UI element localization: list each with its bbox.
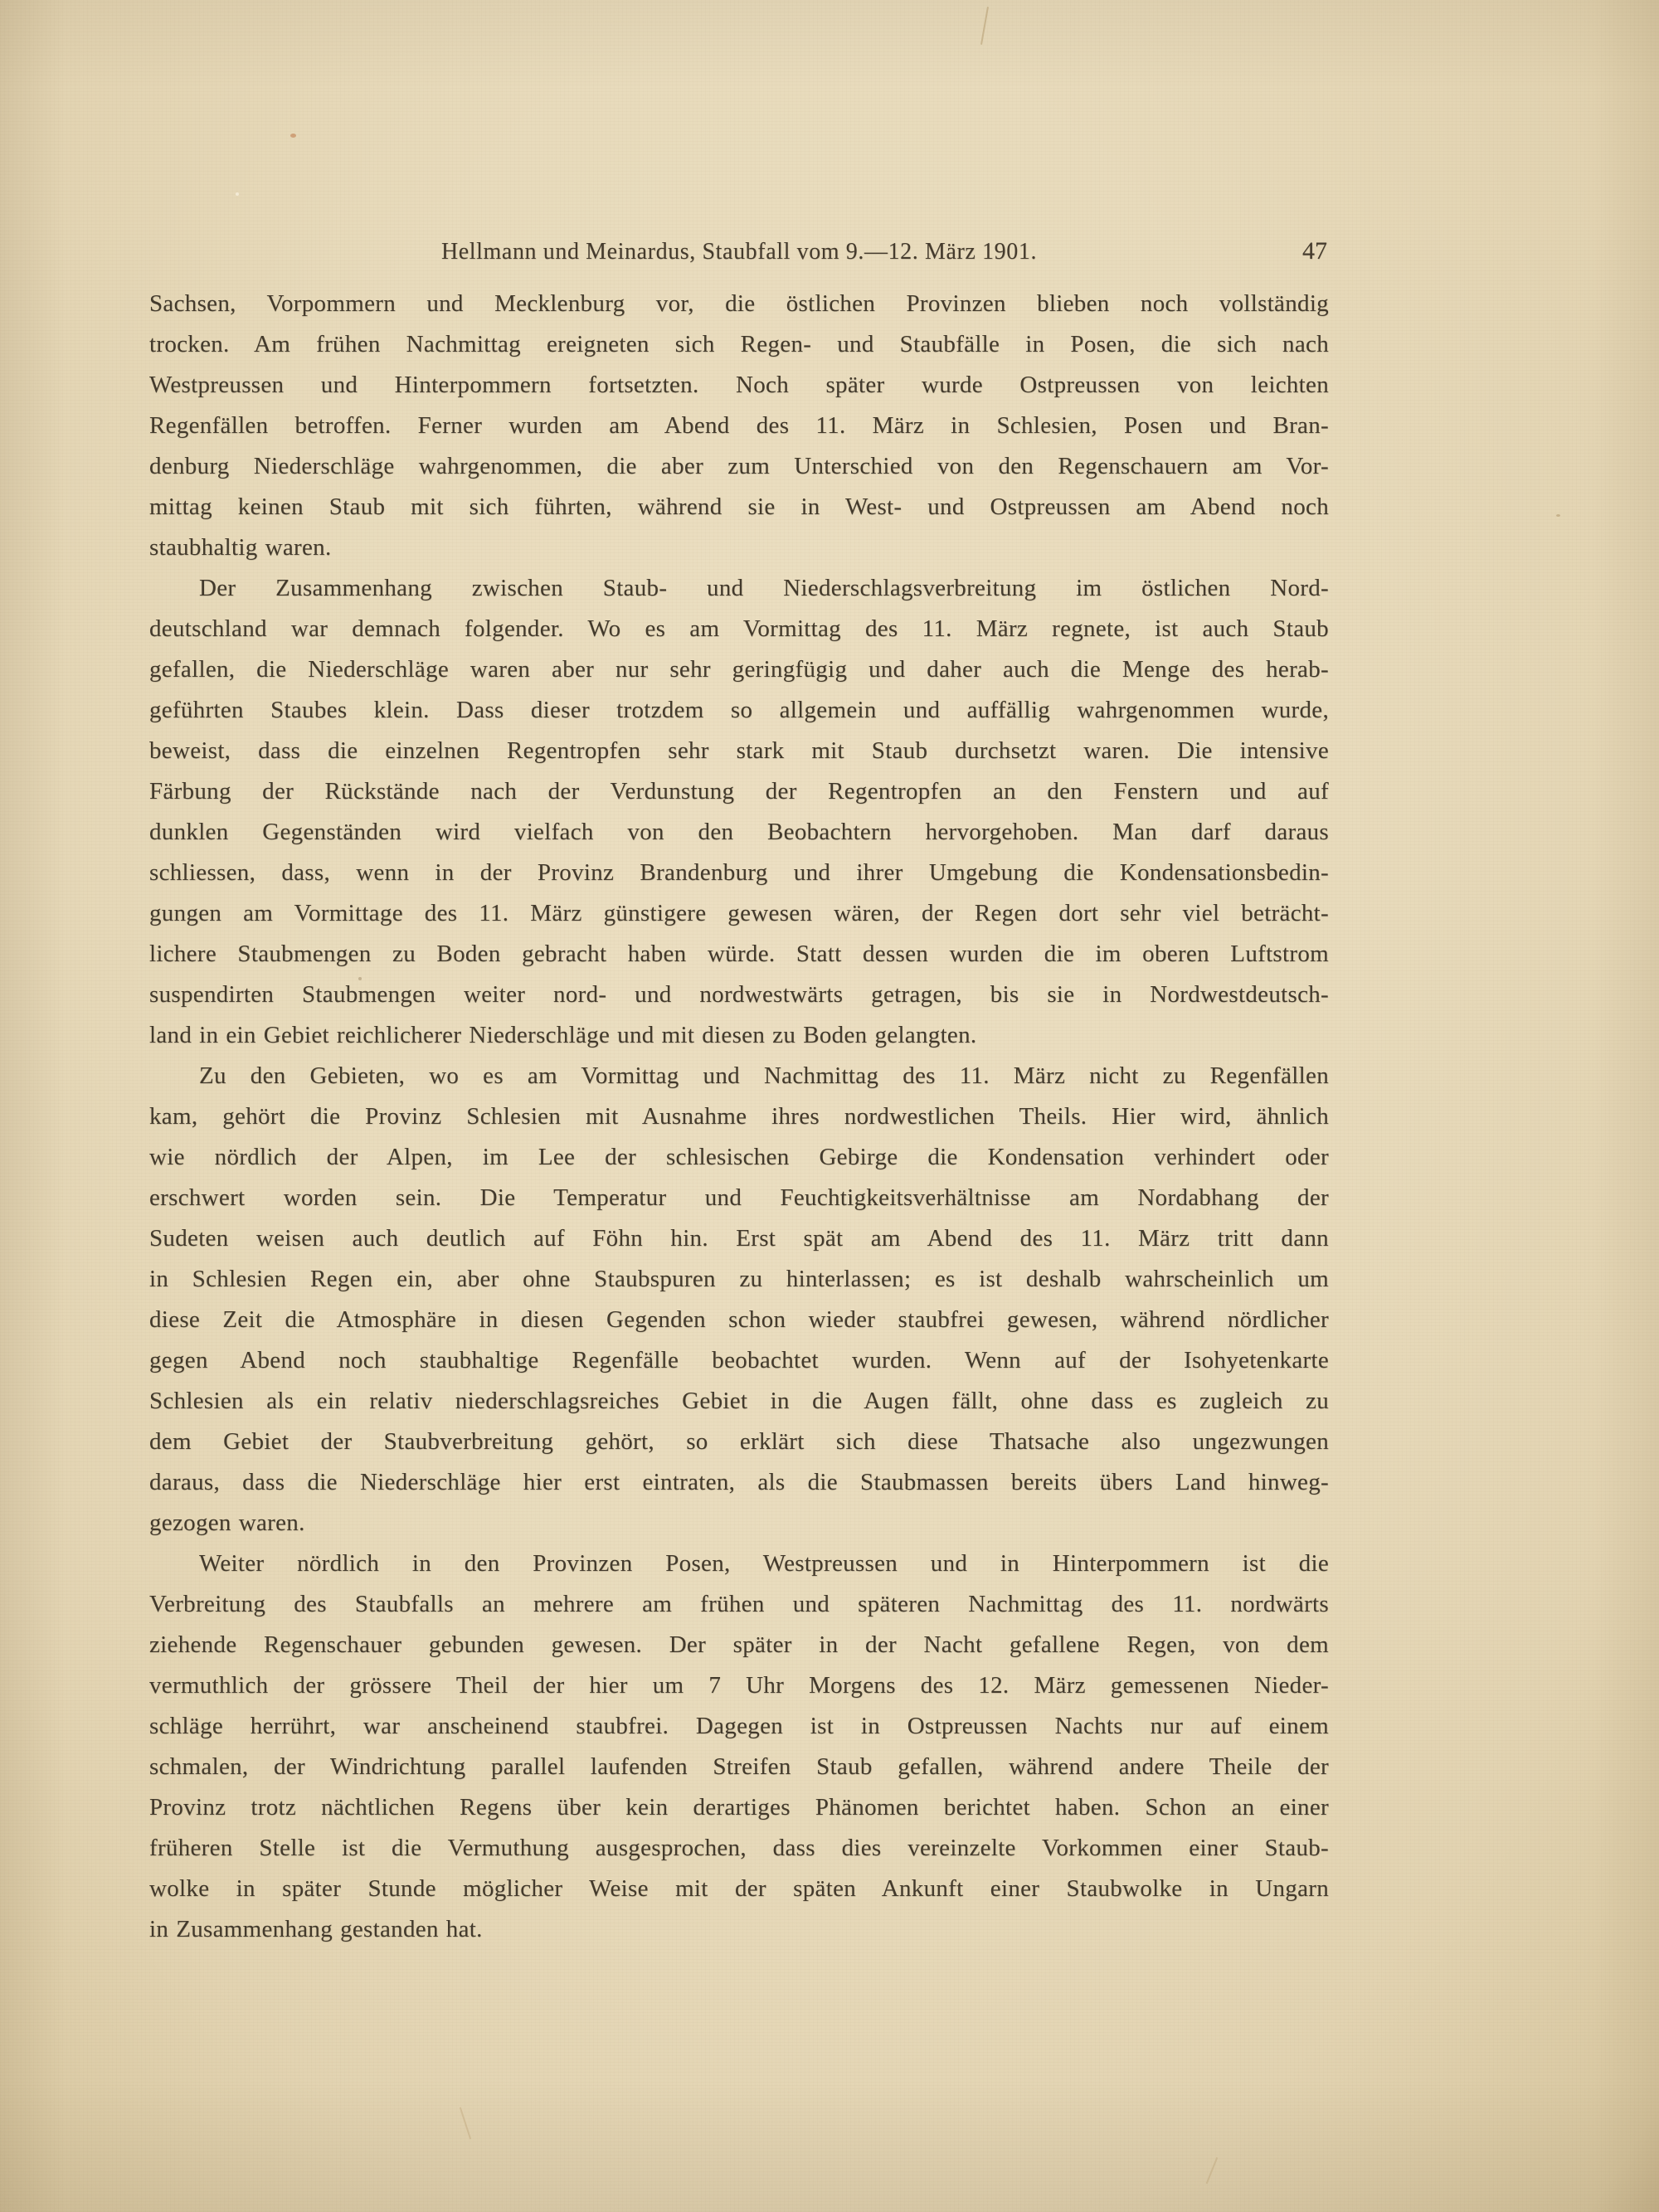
text-line: Der Zusammenhang zwischen Staub- und Nie… (149, 568, 1329, 609)
text-line: wie nördlich der Alpen, im Lee der schle… (149, 1137, 1329, 1178)
paragraph: Sachsen, Vorpommern und Mecklenburg vor,… (149, 284, 1329, 568)
text-line: daraus, dass die Niederschläge hier erst… (149, 1462, 1329, 1503)
paper-fiber (1206, 2157, 1219, 2184)
paragraph: Zu den Gebieten, wo es am Vormittag und … (149, 1056, 1329, 1544)
scanned-page: Hellmann und Meinardus, Staubfall vom 9.… (0, 0, 1659, 2212)
running-title: Hellmann und Meinardus, Staubfall vom 9.… (149, 239, 1329, 265)
text-line: Sachsen, Vorpommern und Mecklenburg vor,… (149, 284, 1329, 324)
text-line: schläge herrührt, war anscheinend staubf… (149, 1706, 1329, 1747)
text-line: schliessen, dass, wenn in der Provinz Br… (149, 853, 1329, 893)
paper-speck (236, 192, 239, 196)
text-line: deutschland war demnach folgender. Wo es… (149, 609, 1329, 649)
text-line: Provinz trotz nächtlichen Regens über ke… (149, 1787, 1329, 1828)
text-line: staubhaltig waren. (149, 527, 1329, 568)
text-line: vermuthlich der grössere Theil der hier … (149, 1665, 1329, 1706)
paper-speck (1556, 514, 1560, 517)
text-line: geführten Staubes klein. Dass dieser tro… (149, 690, 1329, 731)
paragraph: Weiter nördlich in den Provinzen Posen, … (149, 1544, 1329, 1950)
text-line: beweist, dass die einzelnen Regentropfen… (149, 731, 1329, 771)
text-line: Westpreussen und Hinterpommern fortsetzt… (149, 365, 1329, 406)
paragraph: Der Zusammenhang zwischen Staub- und Nie… (149, 568, 1329, 1056)
text-line: gegen Abend noch staubhaltige Regenfälle… (149, 1340, 1329, 1381)
text-line: kam, gehört die Provinz Schlesien mit Au… (149, 1096, 1329, 1137)
text-block: Sachsen, Vorpommern und Mecklenburg vor,… (149, 284, 1329, 1950)
text-line: lichere Staubmengen zu Boden gebracht ha… (149, 934, 1329, 975)
text-line: erschwert worden sein. Die Temperatur un… (149, 1178, 1329, 1218)
text-line: suspendirten Staubmengen weiter nord- un… (149, 975, 1329, 1015)
text-line: gezogen waren. (149, 1503, 1329, 1544)
text-line: mittag keinen Staub mit sich führten, wä… (149, 487, 1329, 527)
text-line: in Schlesien Regen ein, aber ohne Staubs… (149, 1259, 1329, 1300)
running-header: Hellmann und Meinardus, Staubfall vom 9.… (149, 239, 1329, 272)
text-line: schmalen, der Windrichtung parallel lauf… (149, 1747, 1329, 1787)
paper-fiber (980, 7, 989, 45)
text-line: dem Gebiet der Staubverbreitung gehört, … (149, 1422, 1329, 1462)
text-line: in Zusammenhang gestanden hat. (149, 1909, 1329, 1950)
text-line: denburg Niederschläge wahrgenommen, die … (149, 446, 1329, 487)
paper-fiber (460, 2107, 471, 2140)
text-line: dunklen Gegenständen wird vielfach von d… (149, 812, 1329, 853)
text-line: Zu den Gebieten, wo es am Vormittag und … (149, 1056, 1329, 1096)
text-line: wolke in später Stunde möglicher Weise m… (149, 1869, 1329, 1909)
page-number: 47 (1302, 237, 1327, 265)
text-line: Färbung der Rückstände nach der Verdunst… (149, 771, 1329, 812)
text-line: trocken. Am frühen Nachmittag ereigneten… (149, 324, 1329, 365)
text-line: land in ein Gebiet reichlicherer Nieders… (149, 1015, 1329, 1056)
text-line: Sudeten weisen auch deutlich auf Föhn hi… (149, 1218, 1329, 1259)
text-line: diese Zeit die Atmosphäre in diesen Gege… (149, 1300, 1329, 1340)
text-line: früheren Stelle ist die Vermuthung ausge… (149, 1828, 1329, 1869)
paper-speck (290, 134, 296, 138)
text-line: Weiter nördlich in den Provinzen Posen, … (149, 1544, 1329, 1584)
text-line: gefallen, die Niederschläge waren aber n… (149, 649, 1329, 690)
text-line: gungen am Vormittage des 11. März günsti… (149, 893, 1329, 934)
text-line: Schlesien als ein relativ niederschlagsr… (149, 1381, 1329, 1422)
text-line: ziehende Regenschauer gebunden gewesen. … (149, 1625, 1329, 1665)
text-line: Verbreitung des Staubfalls an mehrere am… (149, 1584, 1329, 1625)
text-line: Regenfällen betroffen. Ferner wurden am … (149, 406, 1329, 446)
